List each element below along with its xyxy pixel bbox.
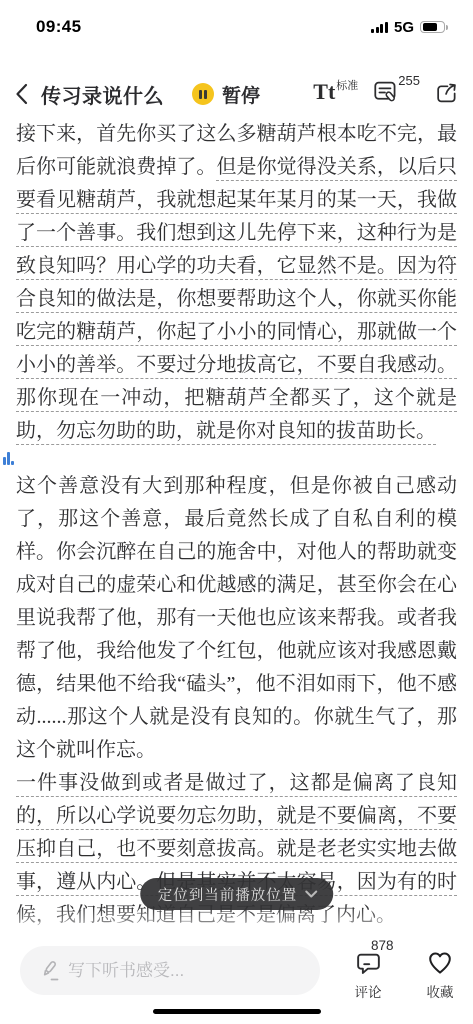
heart-icon [426, 949, 454, 977]
status-icons: 5G [371, 19, 445, 36]
favorite-button[interactable]: 收藏 [410, 943, 470, 1001]
font-size-mode-label: 标准 [336, 77, 358, 93]
header-actions: Tt 标准 255 [313, 79, 458, 110]
notes-count: 255 [398, 73, 420, 88]
share-button[interactable] [435, 79, 458, 110]
comment-count: 878 [371, 938, 394, 953]
font-size-icon: Tt [313, 81, 335, 103]
back-button[interactable] [15, 79, 32, 109]
pause-label: 暂停 [222, 81, 260, 108]
pause-button[interactable]: 暂停 [192, 81, 260, 108]
chevron-left-icon [15, 83, 28, 105]
playing-position-icon [3, 452, 14, 465]
reader-content: 接下来，首先你买了这么多糖葫芦根本吃不完，最后你可能就浪费掉了。但是你觉得没关系… [16, 118, 457, 927]
home-indicator[interactable] [153, 1009, 321, 1014]
comment-label: 评论 [338, 981, 398, 1001]
cellular-signal-icon [371, 22, 388, 33]
clock-label: 09:45 [36, 17, 81, 37]
comment-button[interactable]: 878 评论 [338, 943, 398, 1001]
notes-button[interactable]: 255 [373, 79, 420, 104]
header: 传习录说什么 暂停 Tt 标准 255 [0, 72, 473, 116]
locate-playback-label: 定位到当前播放位置 [158, 884, 298, 905]
network-label: 5G [394, 19, 414, 36]
status-bar: 09:45 5G [0, 16, 473, 38]
paragraph-1: 接下来，首先你买了这么多糖葫芦根本吃不完，最后你可能就浪费掉了。但是你觉得没关系… [16, 118, 457, 448]
share-icon [435, 82, 458, 105]
bottom-fade [0, 906, 473, 942]
note-pencil-icon [373, 79, 398, 104]
comment-input[interactable] [20, 946, 320, 995]
page-title: 传习录说什么 [41, 80, 164, 109]
font-size-button[interactable]: Tt 标准 [313, 79, 358, 103]
battery-icon [420, 21, 445, 34]
locate-playback-button[interactable]: 定位到当前播放位置 [140, 878, 334, 910]
comment-bubble-icon [355, 950, 382, 977]
favorite-label: 收藏 [410, 981, 470, 1001]
reader-screen: 09:45 5G 传习录说什么 暂停 Tt 标准 [0, 0, 473, 1024]
pause-icon [192, 83, 214, 105]
chevron-down-icon [304, 889, 318, 899]
paragraph-1-underlined: 但是你觉得没关系，以后只要看见糖葫芦，我就想起某年某月的某一天，我做了一个善事。… [16, 156, 457, 442]
paragraph-2: 这个善意没有大到那种程度，但是你被自己感动了，那这个善意，最后竟然长成了自私自利… [16, 470, 457, 767]
